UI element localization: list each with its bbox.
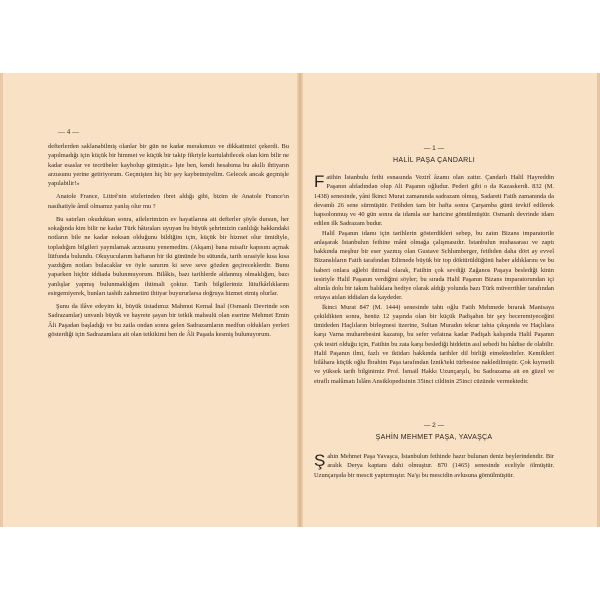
section-title: ŞAHİN MEHMET PAŞA, YAVAŞÇA [314, 434, 554, 441]
drop-cap: F [314, 174, 324, 189]
left-page-body: defterlerden saklanabilmiş olanlar bir g… [48, 142, 289, 339]
page-number: — 4 — [58, 128, 79, 136]
section-title: HALİL PAŞA ÇANDARLI [314, 157, 554, 164]
right-page: — 1 — HALİL PAŞA ÇANDARLI Fatihin İstanb… [300, 73, 600, 527]
paragraph: Fatihin İstanbulu fethi esnasında Vezirî… [314, 173, 554, 229]
paragraph: Şunu da ilâve edeyim ki, büyük üstadımız… [48, 302, 289, 339]
book-gutter [297, 73, 303, 527]
paragraph: Halil Paşanın idamı için tarihlerin göst… [314, 229, 554, 303]
book-spread: — 4 — defterlerden saklanabilmiş olanlar… [0, 73, 600, 527]
drop-cap: Ş [314, 453, 325, 468]
section-number: — 2 — [314, 422, 554, 429]
section-1-body: Fatihin İstanbulu fethi esnasında Vezirî… [314, 173, 554, 386]
paragraph: Bu satırları okuduktan sonra, ailelerimi… [48, 215, 289, 298]
paragraph: Anatole France, Littré'nin sözlerinden i… [48, 192, 289, 211]
paragraph: Şahin Mehmet Paşa Yavaşca, İstanbulun fe… [314, 452, 554, 480]
section-number: — 1 — [314, 145, 554, 152]
paragraph: İkinci Murat 847 (M. 1444) senesinde tah… [314, 303, 554, 386]
left-page: — 4 — defterlerden saklanabilmiş olanlar… [0, 73, 300, 527]
section-2-body: Şahin Mehmet Paşa Yavaşca, İstanbulun fe… [314, 452, 554, 480]
paragraph: defterlerden saklanabilmiş olanlar bir g… [48, 142, 289, 188]
